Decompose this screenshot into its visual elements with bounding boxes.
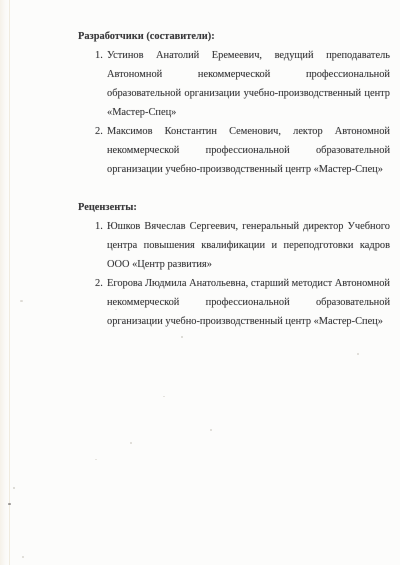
scan-speck (95, 459, 97, 460)
developer-item-1-number: 1. (95, 46, 103, 65)
developer-item-1: 1. Устинов Анатолий Еремеевич, ведущий п… (78, 46, 390, 122)
reviewers-heading: Рецензенты: (78, 198, 390, 217)
scan-speck (13, 487, 15, 489)
reviewer-item-2: 2. Егорова Людмила Анатольевна, старший … (78, 274, 390, 331)
developer-item-2-number: 2. (95, 122, 103, 141)
scanned-document-page: Разработчики (составители): 1. Устинов А… (0, 0, 400, 565)
developer-item-1-text: Устинов Анатолий Еремеевич, ведущий преп… (107, 50, 390, 118)
scan-speck (210, 429, 212, 431)
developer-item-2-text: Максимов Константин Семенович, лектор Ав… (107, 126, 390, 175)
scan-speck (22, 556, 24, 558)
section-reviewers: Рецензенты: 1. Юшков Вячеслав Сергеевич,… (78, 198, 390, 331)
reviewer-item-1: 1. Юшков Вячеслав Сергеевич, генеральный… (78, 217, 390, 274)
reviewer-item-2-text: Егорова Людмила Анатольевна, старший мет… (107, 278, 390, 327)
scan-speck (130, 442, 132, 444)
scan-speck (20, 300, 23, 302)
section-developers: Разработчики (составители): 1. Устинов А… (78, 27, 390, 179)
scan-left-edge-artifact (0, 0, 10, 565)
reviewer-item-2-number: 2. (95, 274, 103, 293)
scan-speck (181, 336, 183, 338)
reviewer-item-1-number: 1. (95, 217, 103, 236)
reviewer-item-1-text: Юшков Вячеслав Сергеевич, генеральный ди… (107, 221, 390, 270)
developers-heading: Разработчики (составители): (78, 27, 390, 46)
scan-speck (8, 503, 11, 505)
document-text-block: Разработчики (составители): 1. Устинов А… (78, 27, 390, 331)
scan-speck (357, 353, 359, 355)
developer-item-2: 2. Максимов Константин Семенович, лектор… (78, 122, 390, 179)
scan-speck (163, 396, 165, 397)
